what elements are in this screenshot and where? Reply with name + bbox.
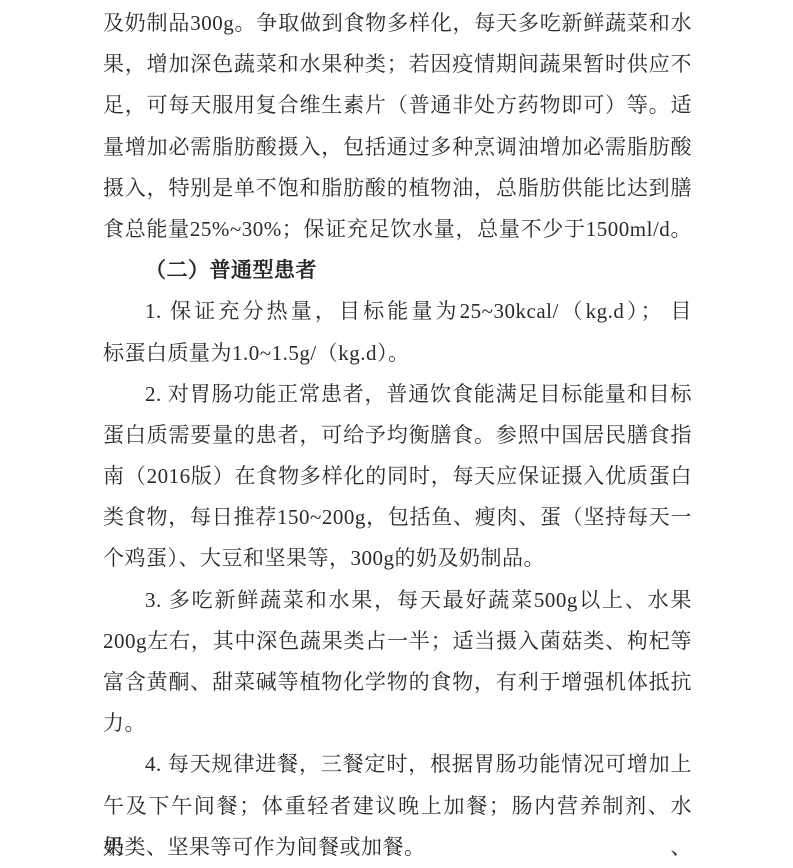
text-line: 足，可每天服用复合维生素片（普通非处方药物即可）等。适 — [103, 85, 692, 126]
text-line: 南（2016版）在食物多样化的同时，每天应保证摄入优质蛋白 — [103, 456, 692, 497]
text-line: 3. 多吃新鲜蔬菜和水果，每天最好蔬菜500g以上、水果 — [103, 580, 692, 621]
text-line: 量增加必需脂肪酸摄入，包括通过多种烹调油增加必需脂肪酸 — [103, 127, 692, 168]
text-line: 摄入，特别是单不饱和脂肪酸的植物油，总脂肪供能比达到膳 — [103, 168, 692, 209]
text-block: 及奶制品300g。争取做到食物多样化，每天多吃新鲜蔬菜和水 果，增加深色蔬菜和水… — [103, 3, 692, 868]
text-line: 富含黄酮、甜菜碱等植物化学物的食物，有利于增强机体抵抗 — [103, 662, 692, 703]
text-line: 及奶制品300g。争取做到食物多样化，每天多吃新鲜蔬菜和水 — [103, 3, 692, 44]
text-line: 蛋白质需要量的患者，可给予均衡膳食。参照中国居民膳食指 — [103, 415, 692, 456]
document-page: 及奶制品300g。争取做到食物多样化，每天多吃新鲜蔬菜和水 果，增加深色蔬菜和水… — [0, 0, 793, 868]
text-line: 个鸡蛋）、大豆和坚果等，300g的奶及奶制品。 — [103, 538, 692, 579]
text-line: 1. 保证充分热量，目标能量为25~30kcal/（kg.d）； 目 — [103, 291, 692, 332]
text-line: 4. 每天规律进餐，三餐定时，根据胃肠功能情况可增加上 — [103, 744, 692, 785]
text-line: 力。 — [103, 703, 692, 744]
text-line: 类食物，每日推荐150~200g，包括鱼、瘦肉、蛋（坚持每天一 — [103, 497, 692, 538]
text-line: 200g左右，其中深色蔬果类占一半；适当摄入菌菇类、枸杞等 — [103, 621, 692, 662]
text-line: 标蛋白质量为1.0~1.5g/（kg.d）。 — [103, 333, 692, 374]
text-line: 2. 对胃肠功能正常患者，普通饮食能满足目标能量和目标 — [103, 374, 692, 415]
section-heading: （二）普通型患者 — [103, 250, 692, 291]
text-line: 果，增加深色蔬菜和水果种类；若因疫情期间蔬果暂时供应不 — [103, 44, 692, 85]
text-line: 食总能量25%~30%；保证充足饮水量，总量不少于1500ml/d。 — [103, 209, 692, 250]
text-line: 午及下午间餐；体重轻者建议晚上加餐；肠内营养制剂、水果、 — [103, 786, 692, 827]
